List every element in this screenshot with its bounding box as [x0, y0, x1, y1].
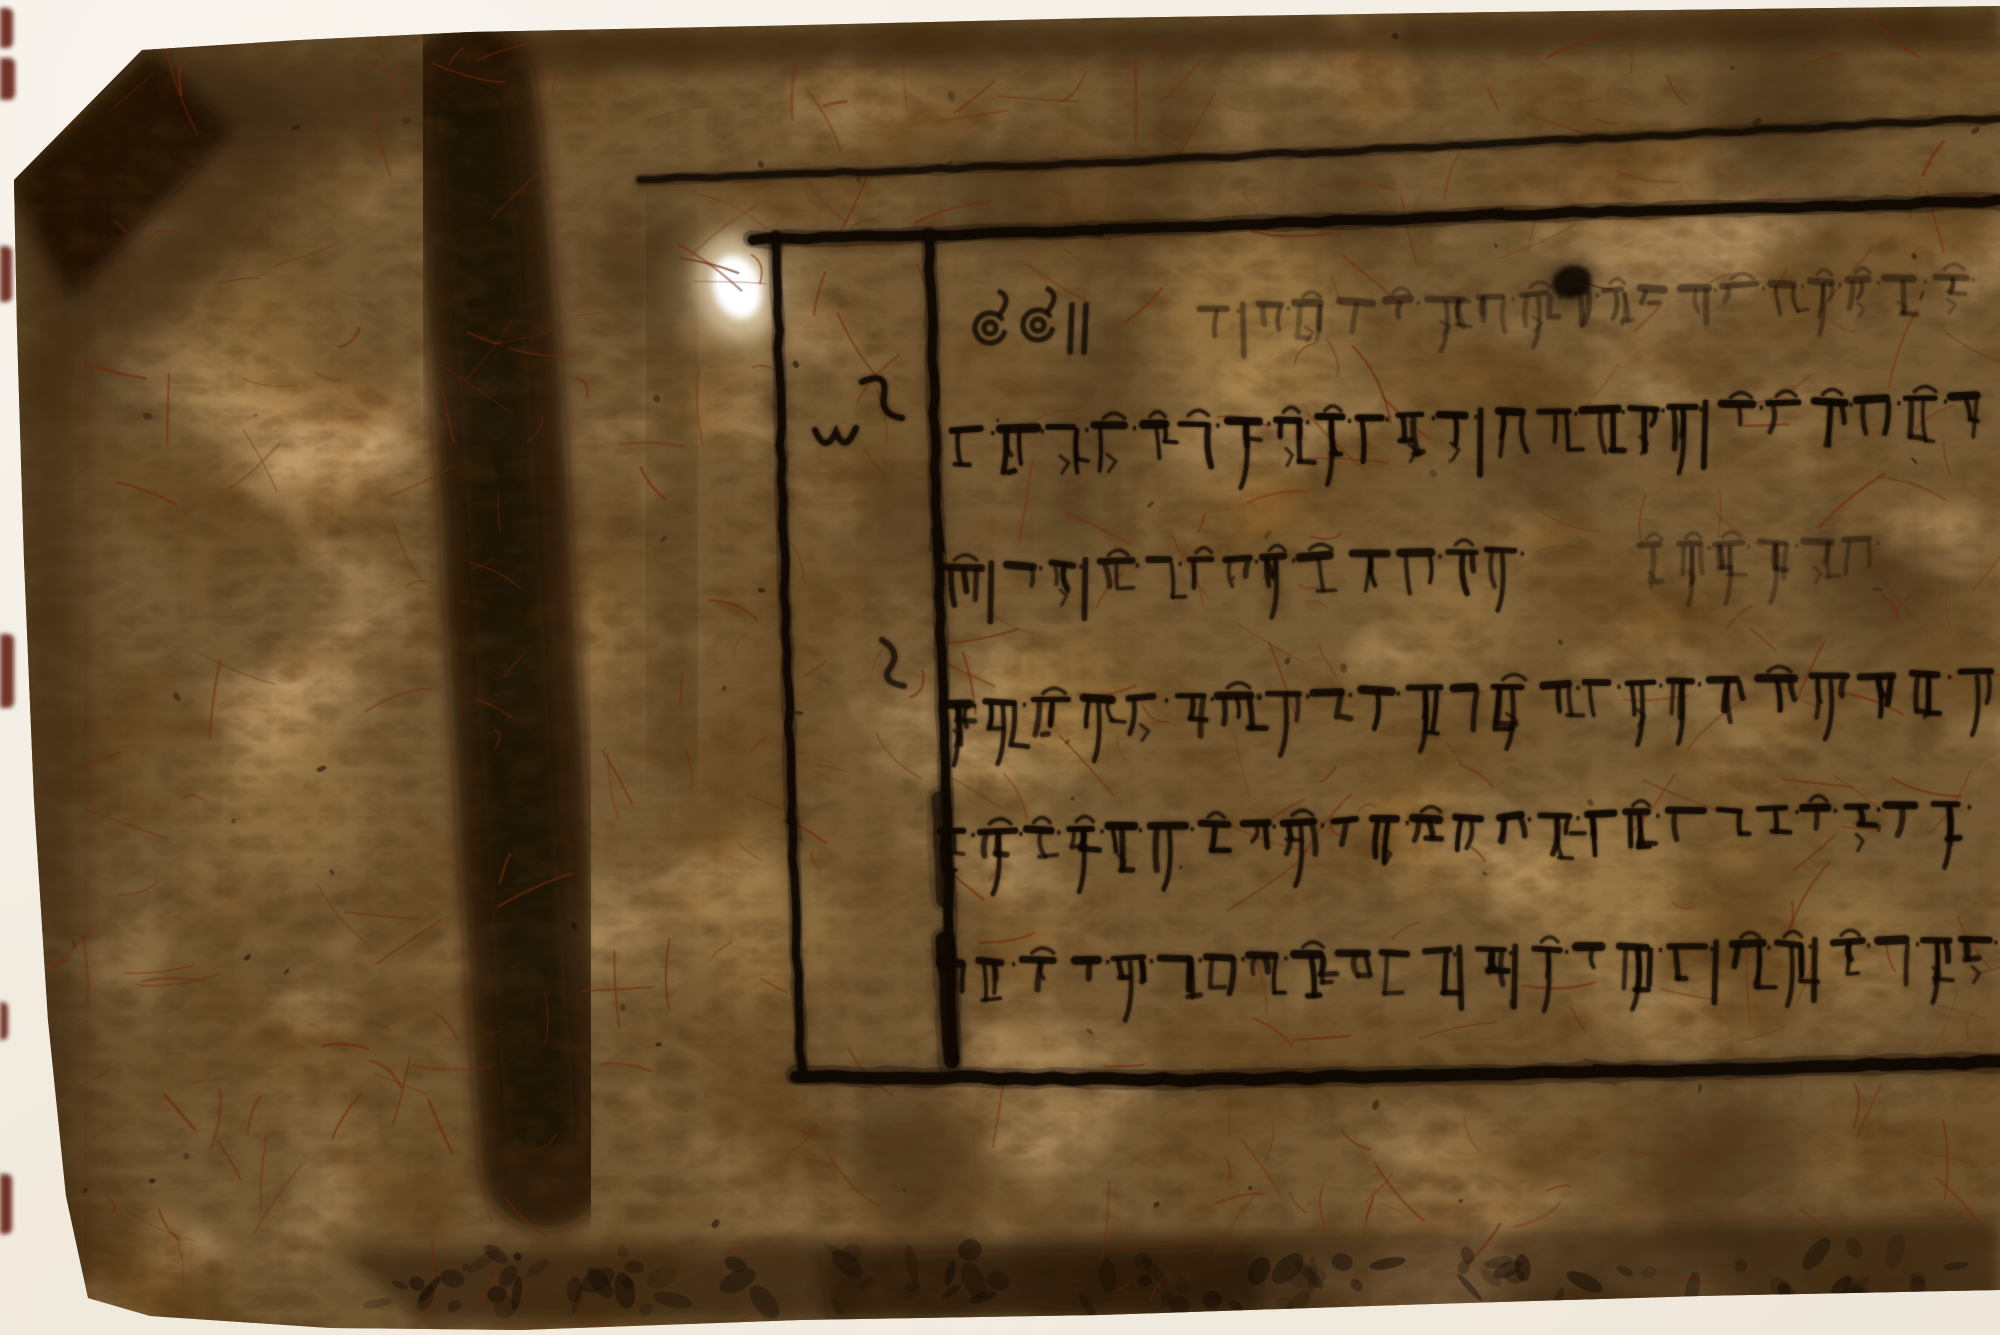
backlight-hole — [708, 250, 768, 325]
edge-mark — [0, 58, 15, 100]
edge-mark — [0, 246, 12, 302]
text-line-1 — [1200, 254, 1985, 355]
text-line-3 — [945, 518, 1900, 625]
margin-annotation-lower — [868, 630, 918, 695]
head-mark — [958, 300, 1088, 360]
photograph — [0, 0, 2000, 1335]
manuscript-leaf — [0, 0, 2000, 1335]
edge-mark — [0, 1174, 12, 1234]
edge-mark — [0, 634, 14, 708]
text-line-2 — [952, 376, 1988, 489]
binding-stain-band — [420, 90, 600, 1165]
text-line-6 — [940, 919, 1985, 1028]
edge-mark — [0, 1002, 8, 1040]
text-line-4 — [945, 652, 1990, 761]
margin-annotation-upper — [808, 355, 908, 465]
text-line-5 — [940, 783, 1990, 893]
edge-mark — [0, 8, 13, 48]
